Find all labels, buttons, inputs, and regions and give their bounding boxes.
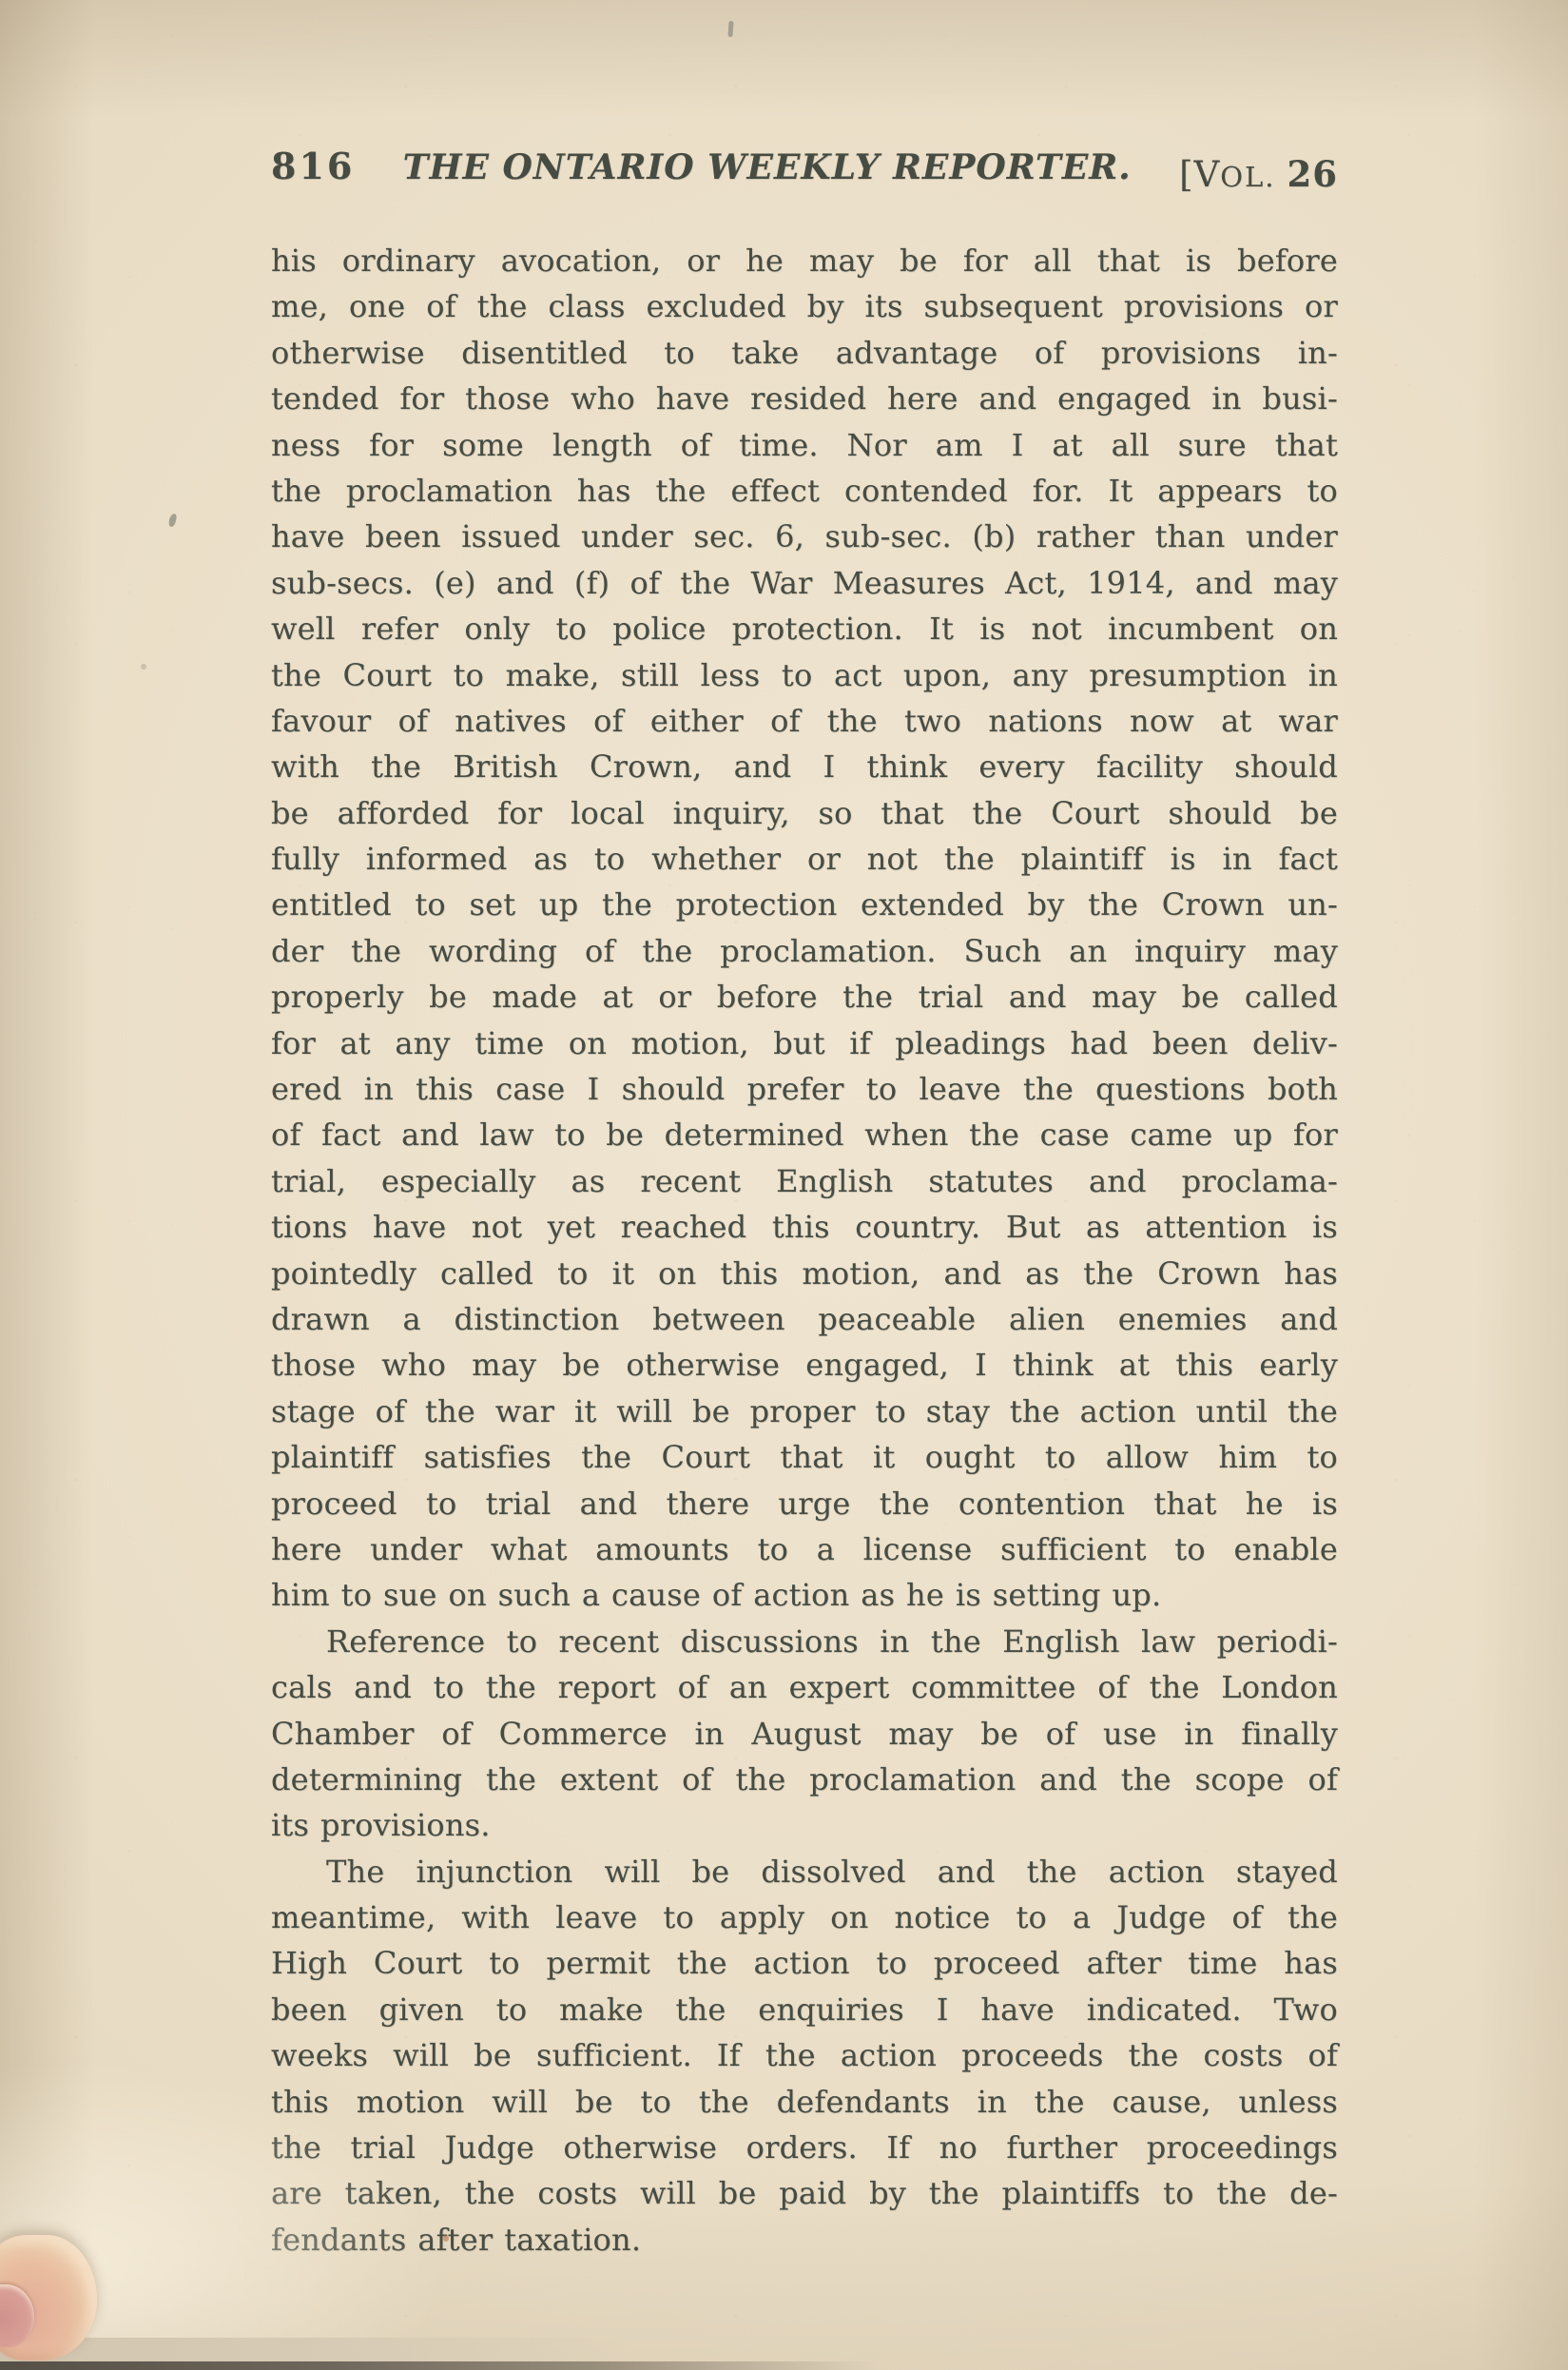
text-line: trial, especially as recent English stat… bbox=[271, 1158, 1338, 1204]
text-line: here under what amounts to a license suf… bbox=[271, 1526, 1338, 1572]
volume-number: 26 bbox=[1287, 153, 1339, 195]
text-line: entitled to set up the protection extend… bbox=[271, 882, 1338, 927]
volume-label: [VOL.26 bbox=[1179, 153, 1338, 195]
text-line: for at any time on motion, but if pleadi… bbox=[271, 1020, 1338, 1066]
text-line: me, one of the class excluded by its sub… bbox=[271, 283, 1338, 329]
page-number: 816 bbox=[271, 145, 355, 187]
text-line: the trial Judge otherwise orders. If no … bbox=[271, 2125, 1338, 2170]
page-edge-strip bbox=[0, 2338, 628, 2363]
scan-speck bbox=[727, 21, 733, 37]
text-line: be afforded for local inquiry, so that t… bbox=[271, 790, 1338, 836]
text-line: him to sue on such a cause of action as … bbox=[271, 1572, 1338, 1618]
text-line: have been issued under sec. 6, sub-sec. … bbox=[271, 514, 1338, 559]
text-line: its provisions. bbox=[271, 1802, 1338, 1848]
text-line: proceed to trial and there urge the cont… bbox=[271, 1481, 1338, 1526]
text-line: drawn a distinction between peaceable al… bbox=[271, 1296, 1338, 1342]
text-line: the proclamation has the effect contende… bbox=[271, 468, 1338, 514]
text-line: meantime, with leave to apply on notice … bbox=[271, 1894, 1338, 1940]
book-page: 816 THE ONTARIO WEEKLY REPORTER. [VOL.26… bbox=[0, 0, 1568, 2370]
text-line: properly be made at or before the trial … bbox=[271, 974, 1338, 1020]
text-line: High Court to permit the action to proce… bbox=[271, 1940, 1338, 1986]
text-line: this motion will be to the defendants in… bbox=[271, 2079, 1338, 2125]
text-line: the Court to make, still less to act upo… bbox=[271, 652, 1338, 698]
text-line: favour of natives of either of the two n… bbox=[271, 698, 1338, 744]
text-line: cals and to the report of an expert comm… bbox=[271, 1664, 1338, 1710]
text-line: sub-secs. (e) and (f) of the War Measure… bbox=[271, 560, 1338, 606]
text-line: weeks will be sufficient. If the action … bbox=[271, 2032, 1338, 2078]
text-line: tended for those who have resided here a… bbox=[271, 376, 1338, 421]
volume-smallcaps: OL. bbox=[1220, 161, 1275, 193]
text-line: his ordinary avocation, or he may be for… bbox=[271, 238, 1338, 283]
text-line: plaintiff satisfies the Court that it ou… bbox=[271, 1434, 1338, 1480]
thumb-nail bbox=[0, 2284, 34, 2347]
text-line: of fact and law to be determined when th… bbox=[271, 1112, 1338, 1157]
scan-speck bbox=[167, 513, 177, 527]
text-line: those who may be otherwise engaged, I th… bbox=[271, 1342, 1338, 1388]
text-line: stage of the war it will be proper to st… bbox=[271, 1389, 1338, 1434]
book-edge-shadow bbox=[0, 2361, 951, 2370]
text-line: ered in this case I should prefer to lea… bbox=[271, 1066, 1338, 1112]
text-line: fendants after taxation. bbox=[271, 2217, 1338, 2263]
text-line: are taken, the costs will be paid by the… bbox=[271, 2170, 1338, 2216]
text-line: tions have not yet reached this country.… bbox=[271, 1204, 1338, 1250]
text-line: der the wording of the proclamation. Suc… bbox=[271, 928, 1338, 974]
text-line: with the British Crown, and I think ever… bbox=[271, 744, 1338, 789]
text-line: ness for some length of time. Nor am I a… bbox=[271, 422, 1338, 468]
text-line: Reference to recent discussions in the E… bbox=[271, 1619, 1338, 1664]
text-line: well refer only to police protection. It… bbox=[271, 606, 1338, 651]
text-line: otherwise disentitled to take advantage … bbox=[271, 330, 1338, 376]
text-line: Chamber of Commerce in August may be of … bbox=[271, 1711, 1338, 1757]
text-line: The injunction will be dissolved and the… bbox=[271, 1849, 1338, 1894]
text-line: pointedly called to it on this motion, a… bbox=[271, 1251, 1338, 1296]
scanned-page-photo: 816 THE ONTARIO WEEKLY REPORTER. [VOL.26… bbox=[0, 0, 1568, 2370]
text-line: determining the extent of the proclamati… bbox=[271, 1757, 1338, 1802]
text-block: his ordinary avocation, or he may be for… bbox=[271, 238, 1338, 2263]
page-header: 816 THE ONTARIO WEEKLY REPORTER. [VOL.26 bbox=[271, 145, 1338, 187]
journal-title: THE ONTARIO WEEKLY REPORTER. bbox=[355, 147, 1179, 187]
volume-prefix: [V bbox=[1179, 154, 1220, 195]
scan-speck bbox=[141, 664, 146, 670]
text-line: been given to make the enquiries I have … bbox=[271, 1987, 1338, 2032]
text-line: fully informed as to whether or not the … bbox=[271, 836, 1338, 882]
